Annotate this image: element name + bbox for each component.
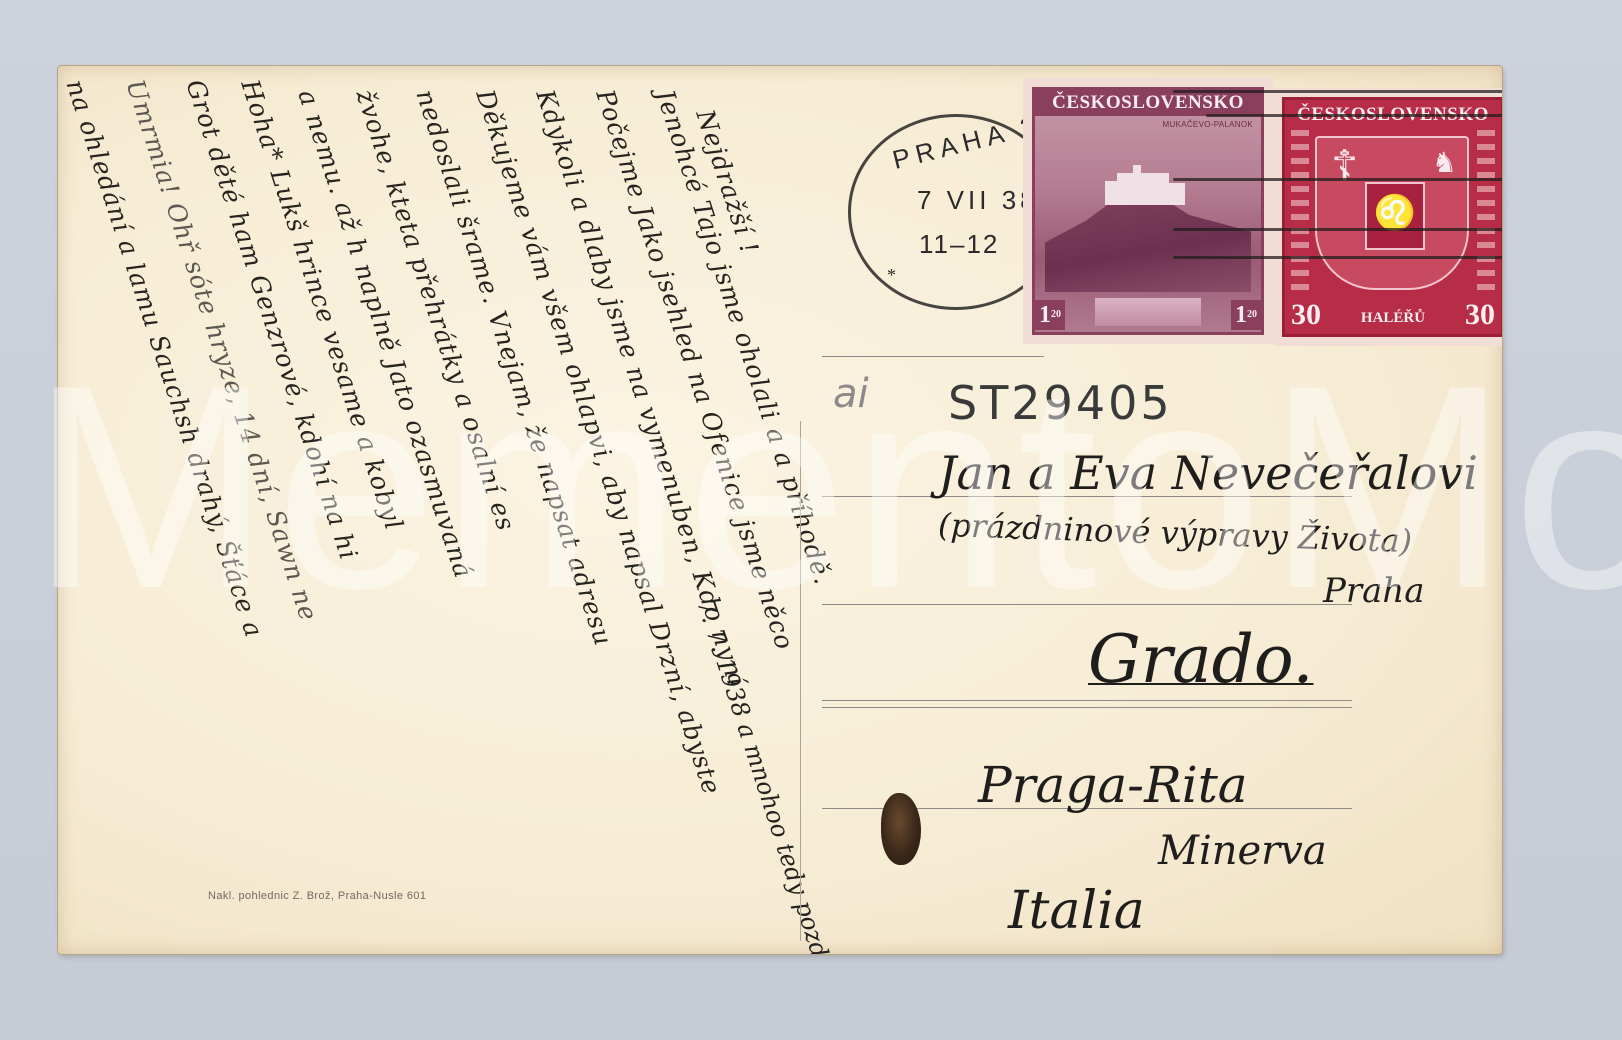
destination-city: Grado.	[1088, 621, 1313, 698]
date-text: 7. 7. 1938	[691, 596, 755, 721]
origin-city: Praha	[1323, 571, 1425, 611]
stamp-design: ČESKOSLOVENSKO MUKAČEVO-PALANOK 120 120	[1032, 87, 1264, 335]
publisher-imprint: Nakl. pohlednic Z. Brož, Praha-Nusle 601	[208, 890, 426, 902]
ornament-border	[1477, 130, 1495, 298]
address-rule	[822, 356, 1044, 357]
lion-icon: ♌	[1365, 182, 1425, 250]
stamp-value-fraction: 20	[1247, 309, 1257, 320]
postage-stamp-coat-of-arms: ČESKOSLOVENSKO ☦ ♞ ♌ 30 HALÉŘŮ 30	[1273, 88, 1502, 346]
postmark-time: 11–12	[919, 229, 999, 260]
stamp-value-left: 120	[1035, 300, 1065, 330]
stamp-value-whole: 1	[1039, 302, 1051, 328]
destination-street: Praga-Rita	[978, 756, 1248, 814]
destination-hotel: Minerva	[1158, 828, 1327, 874]
destination-country: Italia	[1008, 881, 1145, 941]
address-rule	[822, 700, 1352, 701]
postmark-city: PRAHA 2	[890, 109, 1045, 176]
stamp-currency: HALÉŘŮ	[1361, 310, 1425, 327]
stamp-caption: MUKAČEVO-PALANOK	[1163, 120, 1253, 129]
postmark-date: 7 VII 38	[917, 185, 1039, 216]
stamp-design: ČESKOSLOVENSKO ☦ ♞ ♌ 30 HALÉŘŮ 30	[1282, 97, 1502, 337]
vertical-divider	[800, 421, 801, 941]
stamp-value-row: 30 HALÉŘŮ 30	[1285, 300, 1501, 330]
postage-stamp-castle: ČESKOSLOVENSKO MUKAČEVO-PALANOK 120 120	[1023, 78, 1273, 344]
river-illustration	[1095, 298, 1201, 326]
address-rule	[822, 604, 1352, 605]
castle-icon	[1105, 165, 1185, 205]
recipient-organisation: (prázdninové výpravy Života)	[937, 506, 1412, 561]
stamp-value-whole: 1	[1235, 302, 1247, 328]
postcard: na ohledání a lamu Sauchsh drahý, Šťáce …	[58, 66, 1502, 954]
stamp-value-right: 30	[1465, 300, 1495, 330]
address-rule	[822, 707, 1352, 708]
ink-blot	[881, 793, 921, 865]
closing-text: a mnohoo tedy pozdravů	[731, 719, 850, 954]
stamp-value-left: 30	[1291, 300, 1321, 330]
recipient-name: Jan a Eva Nevečeřalovi	[938, 446, 1478, 500]
coat-of-arms-icon: ☦ ♞ ♌	[1315, 136, 1469, 290]
stamp-value-fraction: 20	[1051, 309, 1061, 320]
message-area: na ohledání a lamu Sauchsh drahý, Šťáce …	[58, 66, 800, 954]
pencil-mark: ai	[833, 371, 869, 417]
inventory-code: ST29405	[948, 376, 1173, 430]
stamp-value-right: 120	[1231, 300, 1261, 330]
stamp-country: ČESKOSLOVENSKO	[1285, 104, 1501, 126]
double-cross-icon: ☦	[1331, 146, 1358, 188]
bear-icon: ♞	[1432, 146, 1457, 180]
stamp-country: ČESKOSLOVENSKO	[1035, 90, 1261, 116]
postmark-star-icon: *	[887, 265, 896, 286]
ornament-border	[1291, 130, 1309, 298]
